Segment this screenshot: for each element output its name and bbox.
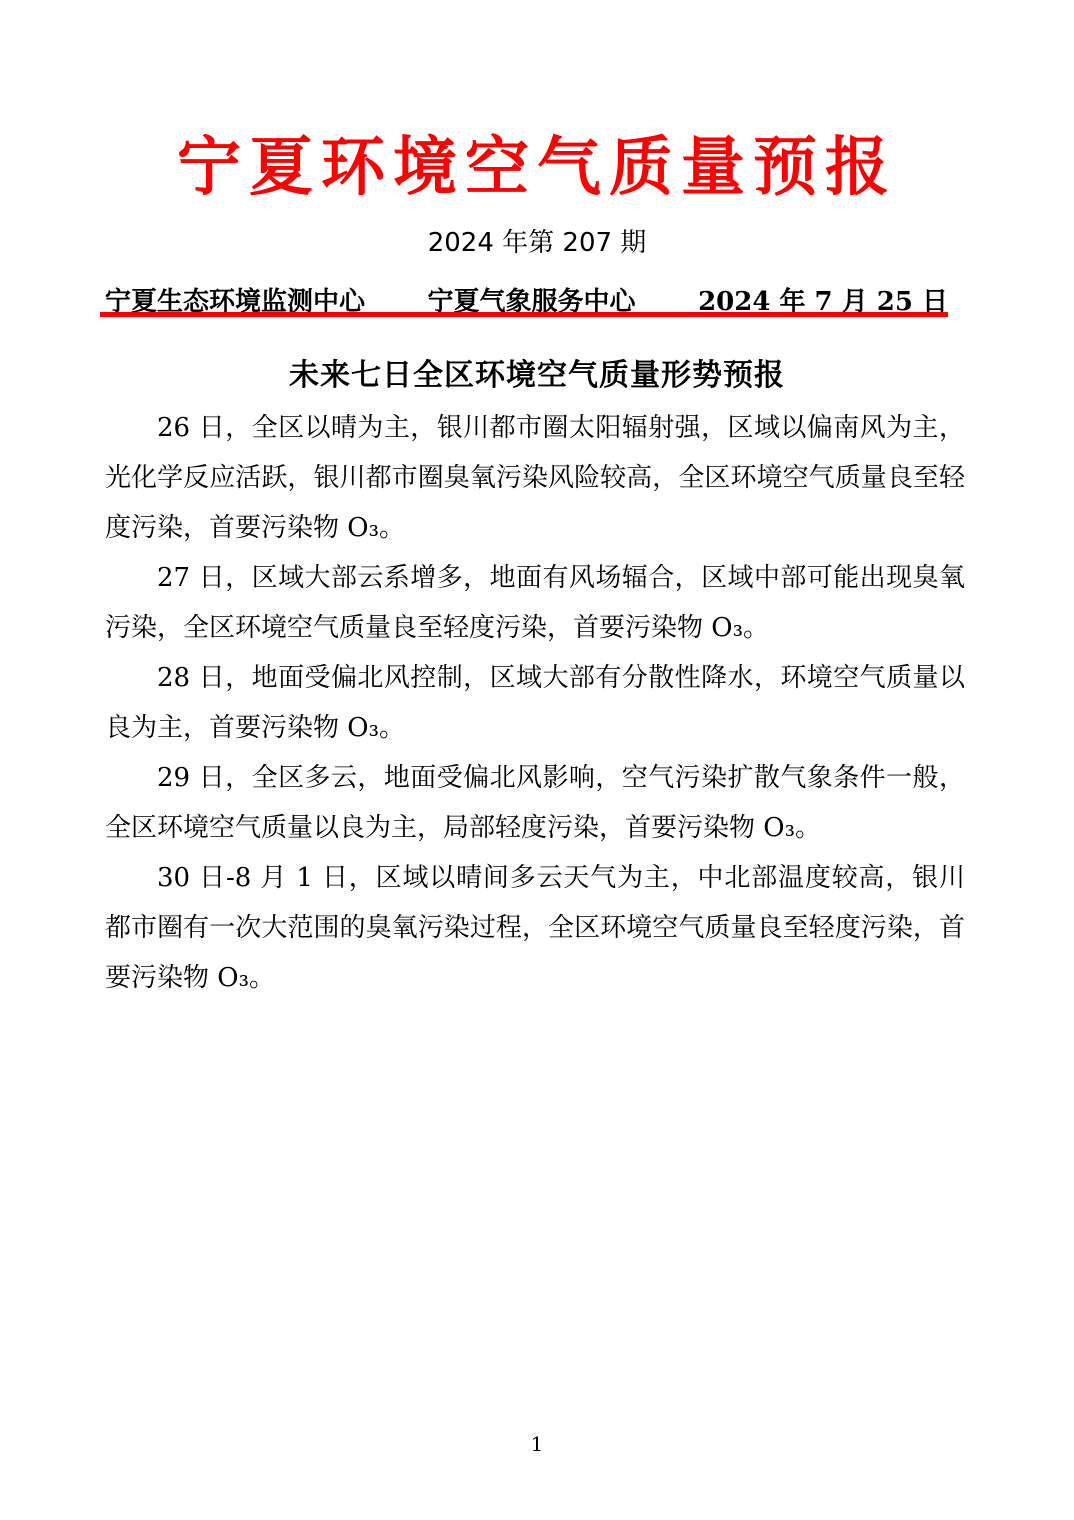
forecast-paragraph-day27: 27 日，区域大部云系增多，地面有风场辐合，区域中部可能出现臭氧污染，全区环境空… bbox=[105, 553, 965, 653]
page-number: 1 bbox=[0, 1432, 1074, 1456]
header-divider-rule bbox=[100, 312, 948, 317]
document-page: 宁夏环境空气质量预报 2024 年第 207 期 宁夏生态环境监测中心 宁夏气象… bbox=[0, 0, 1074, 1520]
forecast-paragraph-day29: 29 日，全区多云，地面受偏北风影响，空气污染扩散气象条件一般，全区环境空气质量… bbox=[105, 753, 965, 853]
document-title: 宁夏环境空气质量预报 bbox=[0, 116, 1074, 208]
section-title: 未来七日全区环境空气质量形势预报 bbox=[0, 350, 1074, 394]
forecast-body: 26 日，全区以晴为主，银川都市圈太阳辐射强，区域以偏南风为主，光化学反应活跃，… bbox=[105, 403, 965, 1003]
forecast-paragraph-day26: 26 日，全区以晴为主，银川都市圈太阳辐射强，区域以偏南风为主，光化学反应活跃，… bbox=[105, 403, 965, 553]
forecast-paragraph-day30-aug1: 30 日-8 月 1 日，区域以晴间多云天气为主，中北部温度较高，银川都市圈有一… bbox=[105, 853, 965, 1003]
forecast-paragraph-day28: 28 日，地面受偏北风控制，区域大部有分散性降水，环境空气质量以良为主，首要污染… bbox=[105, 653, 965, 753]
issue-number: 2024 年第 207 期 bbox=[0, 222, 1074, 259]
